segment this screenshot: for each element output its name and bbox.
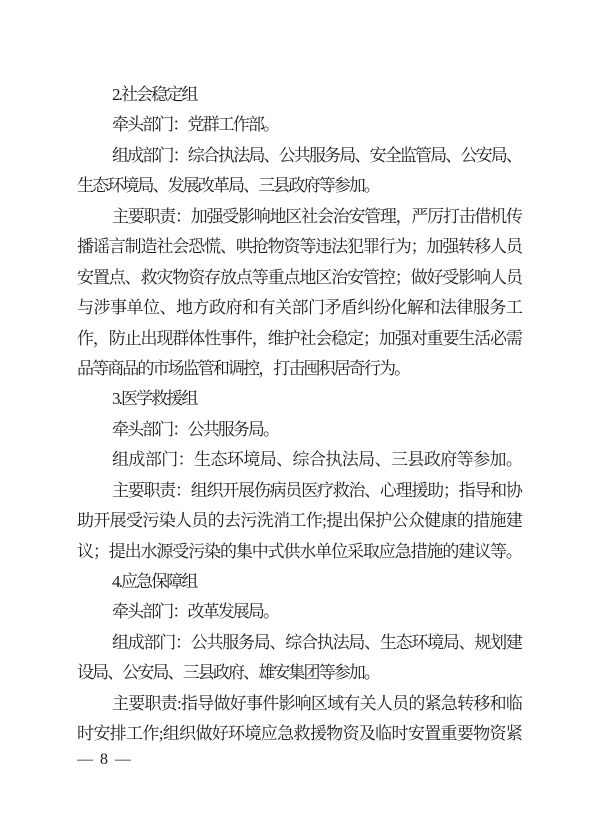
text-line: 主要职责:指导做好事件影响区域有关人员的紧急转移和临 [77, 689, 521, 719]
text-line: 组成部门：公共服务局、综合执法局、生态环境局、规划建 [77, 628, 521, 658]
text-line: 设局、公安局、三县政府、雄安集团等参加。 [77, 658, 521, 688]
section-medical-rescue: 3.医学救援组 牵头部门：公共服务局。 组成部门：生态环境局、综合执法局、三县政… [77, 384, 521, 567]
text-line: 主要职责：组织开展伤病员医疗救治、心理援助；指导和协 [77, 476, 521, 506]
section-heading: 2.社会稳定组 [77, 80, 521, 110]
text-line: 播谣言制造社会恐慌、哄抢物资等违法犯罪行为；加强转移人员 [77, 232, 521, 262]
section-emergency-support: 4.应急保障组 牵头部门：改革发展局。 组成部门：公共服务局、综合执法局、生态环… [77, 567, 521, 750]
text-line: 主要职责：加强受影响地区社会治安管理，严厉打击借机传 [77, 202, 521, 232]
section-social-stability: 2.社会稳定组 牵头部门：党群工作部。 组成部门：综合执法局、公共服务局、安全监… [77, 80, 521, 384]
text-line: 作，防止出现群体性事件，维护社会稳定；加强对重要生活必需 [77, 324, 521, 354]
section-heading: 4.应急保障组 [77, 567, 521, 597]
text-line: 组成部门：生态环境局、综合执法局、三县政府等参加。 [77, 445, 521, 475]
text-line: 组成部门：综合执法局、公共服务局、安全监管局、公安局、 [77, 141, 521, 171]
document-page: 2.社会稳定组 牵头部门：党群工作部。 组成部门：综合执法局、公共服务局、安全监… [0, 0, 596, 829]
text-block: 2.社会稳定组 牵头部门：党群工作部。 组成部门：综合执法局、公共服务局、安全监… [77, 80, 521, 750]
text-line: 品等商品的市场监管和调控，打击囤积居奇行为。 [77, 354, 521, 384]
text-line: 生态环境局、发展改革局、三县政府等参加。 [77, 171, 521, 201]
text-line: 牵头部门：公共服务局。 [77, 415, 521, 445]
text-line: 安置点、救灾物资存放点等重点地区治安管控；做好受影响人员 [77, 263, 521, 293]
text-line: 助开展受污染人员的去污洗消工作;提出保护公众健康的措施建 [77, 506, 521, 536]
text-line: 牵头部门：党群工作部。 [77, 110, 521, 140]
page-number: — 8 — [77, 751, 133, 769]
text-line: 牵头部门：改革发展局。 [77, 597, 521, 627]
text-line: 时安排工作;组织做好环境应急救援物资及临时安置重要物资紧 [77, 719, 521, 749]
text-line: 议；提出水源受污染的集中式供水单位采取应急措施的建议等。 [77, 537, 521, 567]
section-heading: 3.医学救援组 [77, 384, 521, 414]
text-line: 与涉事单位、地方政府和有关部门矛盾纠纷化解和法律服务工 [77, 293, 521, 323]
